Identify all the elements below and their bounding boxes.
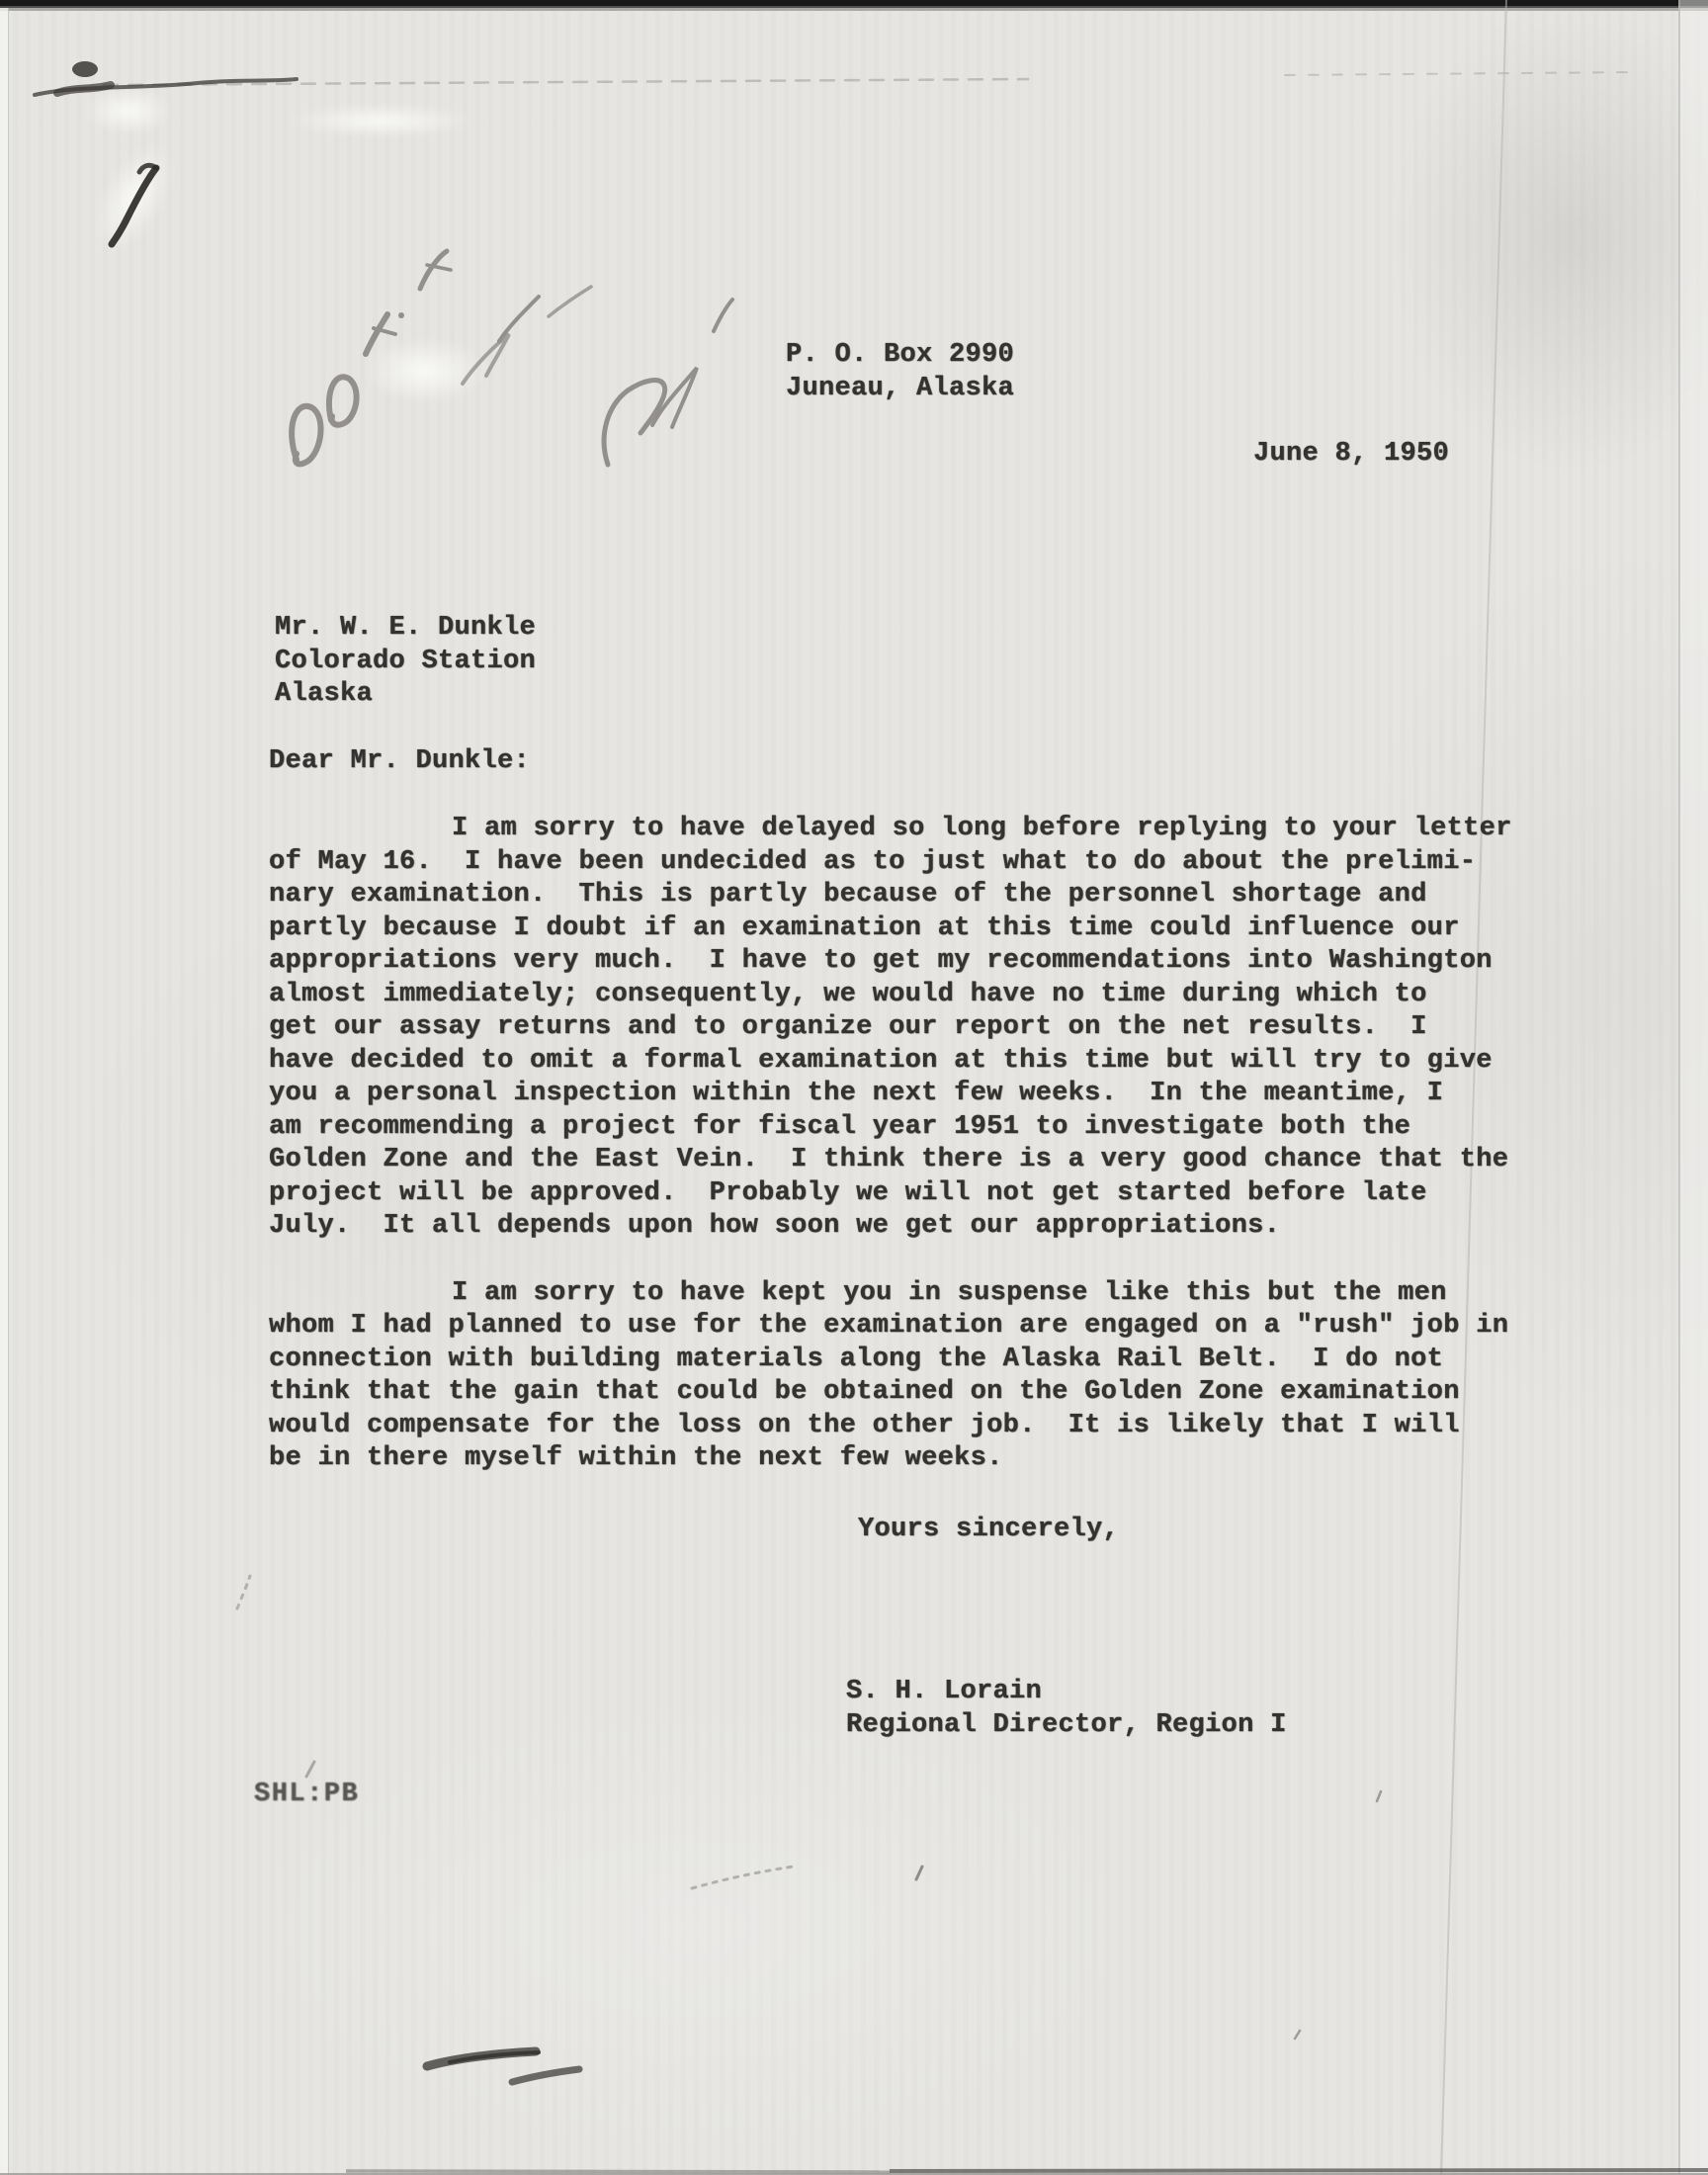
letter-body: I am sorry to have delayed so long befor… (269, 813, 1653, 1476)
body-line: almost immediately; consequently, we wou… (269, 979, 1653, 1012)
signature-block: S. H. Lorain Regional Director, Region I (846, 1676, 1287, 1742)
body-line: connection with building materials along… (269, 1344, 1653, 1377)
body-line: whom I had planned to use for the examin… (269, 1310, 1653, 1344)
sender-address-line: P. O. Box 2990 (786, 339, 1014, 373)
body-line: you a personal inspection within the nex… (269, 1078, 1653, 1111)
body-paragraph: I am sorry to have kept you in suspense … (269, 1277, 1653, 1476)
signature-name: S. H. Lorain (846, 1676, 1287, 1709)
signature-title: Regional Director, Region I (846, 1709, 1287, 1743)
body-line: think that the gain that could be obtain… (269, 1376, 1653, 1410)
recipient-line: Mr. W. E. Dunkle (275, 612, 536, 646)
sender-address-line: Juneau, Alaska (786, 373, 1014, 406)
body-line: July. It all depends upon how soon we ge… (269, 1210, 1653, 1244)
typewritten-text-layer: P. O. Box 2990 Juneau, Alaska June 8, 19… (0, 0, 1708, 2175)
body-line: I am sorry to have delayed so long befor… (269, 813, 1653, 846)
closing-text: Yours sincerely, (858, 1514, 1119, 1547)
scanned-letter: P. O. Box 2990 Juneau, Alaska June 8, 19… (0, 0, 1708, 2175)
sender-address: P. O. Box 2990 Juneau, Alaska (786, 339, 1014, 405)
salutation: Dear Mr. Dunkle: (269, 745, 530, 779)
closing: Yours sincerely, (858, 1514, 1119, 1547)
date-text: June 8, 1950 (1253, 438, 1449, 472)
salutation-text: Dear Mr. Dunkle: (269, 745, 530, 779)
recipient-address: Mr. W. E. Dunkle Colorado Station Alaska (275, 612, 536, 712)
body-line: Golden Zone and the East Vein. I think t… (269, 1144, 1653, 1177)
body-line: appropriations very much. I have to get … (269, 945, 1653, 979)
reference-initials-text: SHL:PB (254, 1779, 359, 1812)
recipient-line: Colorado Station (275, 646, 536, 679)
body-line: get our assay returns and to organize ou… (269, 1011, 1653, 1045)
body-line: am recommending a project for fiscal yea… (269, 1111, 1653, 1145)
recipient-line: Alaska (275, 678, 536, 712)
body-line: partly because I doubt if an examination… (269, 913, 1653, 946)
body-line: have decided to omit a formal examinatio… (269, 1045, 1653, 1079)
body-line: I am sorry to have kept you in suspense … (269, 1277, 1653, 1311)
reference-initials: SHL:PB (254, 1779, 359, 1812)
body-paragraph: I am sorry to have delayed so long befor… (269, 813, 1653, 1244)
body-line: be in there myself within the next few w… (269, 1442, 1653, 1476)
date-line: June 8, 1950 (1253, 438, 1449, 472)
body-line: project will be approved. Probably we wi… (269, 1177, 1653, 1211)
body-line: would compensate for the loss on the oth… (269, 1410, 1653, 1443)
body-line: of May 16. I have been undecided as to j… (269, 846, 1653, 880)
body-line: nary examination. This is partly because… (269, 879, 1653, 913)
